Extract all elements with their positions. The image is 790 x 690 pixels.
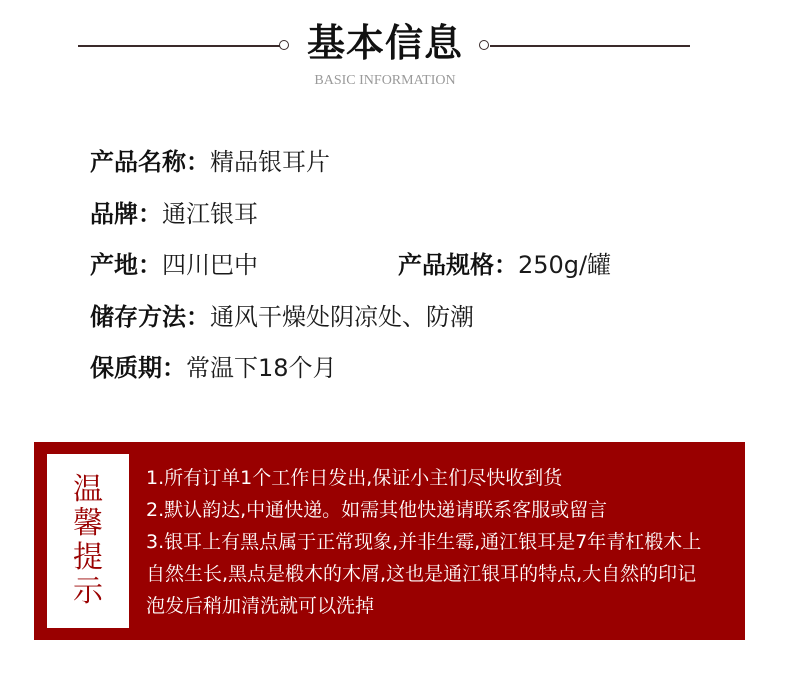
- info-shelf-life: 保质期：常温下18个月: [90, 348, 337, 388]
- info-origin: 产地：四川巴中: [90, 245, 258, 285]
- info-spec: 产品规格：250g/罐: [398, 245, 611, 285]
- section-header: 基本信息 BASIC INFORMATION: [0, 0, 790, 100]
- info-value: 通江银耳: [162, 200, 258, 228]
- info-brand: 品牌：通江银耳: [90, 194, 258, 234]
- notice-line: 2.默认韵达,中通快递。如需其他快递请联系客服或留言: [146, 494, 701, 526]
- notice-line: 自然生长,黑点是椴木的木屑,这也是通江银耳的特点,大自然的印记: [146, 558, 701, 590]
- section-subtitle: BASIC INFORMATION: [285, 73, 485, 89]
- header-divider-left: [78, 45, 280, 47]
- info-value: 通风干燥处阴凉处、防潮: [210, 303, 474, 331]
- header-circle-left-icon: [279, 40, 289, 50]
- notice-line: 3.银耳上有黑点属于正常现象,并非生霉,通江银耳是7年青杠椴木上: [146, 526, 701, 558]
- notice-label-char: 示: [73, 575, 103, 609]
- notice-text: 1.所有订单1个工作日发出,保证小主们尽快收到货 2.默认韵达,中通快递。如需其…: [146, 462, 701, 622]
- notice-label-char: 温: [73, 473, 103, 507]
- warm-notice-panel: 温 馨 提 示 1.所有订单1个工作日发出,保证小主们尽快收到货 2.默认韵达,…: [34, 442, 745, 640]
- info-value: 常温下18个月: [186, 354, 337, 382]
- info-value: 四川巴中: [162, 251, 258, 279]
- info-storage: 储存方法：通风干燥处阴凉处、防潮: [90, 297, 474, 337]
- notice-label-char: 馨: [73, 507, 103, 541]
- info-label: 品牌：: [90, 200, 162, 228]
- header-divider-right: [490, 45, 690, 47]
- notice-line: 1.所有订单1个工作日发出,保证小主们尽快收到货: [146, 462, 701, 494]
- info-label: 产地：: [90, 251, 162, 279]
- info-value: 250g/罐: [518, 251, 611, 279]
- info-value: 精品银耳片: [210, 148, 330, 176]
- notice-label-char: 提: [73, 541, 103, 575]
- notice-label-box: 温 馨 提 示: [47, 454, 129, 628]
- header-circle-right-icon: [479, 40, 489, 50]
- section-title: 基本信息: [300, 18, 470, 68]
- info-label: 产品规格：: [398, 251, 518, 279]
- info-label: 产品名称：: [90, 148, 210, 176]
- notice-line: 泡发后稍加清洗就可以洗掉: [146, 590, 701, 622]
- info-label: 保质期：: [90, 354, 186, 382]
- info-product-name: 产品名称：精品银耳片: [90, 142, 330, 182]
- info-label: 储存方法：: [90, 303, 210, 331]
